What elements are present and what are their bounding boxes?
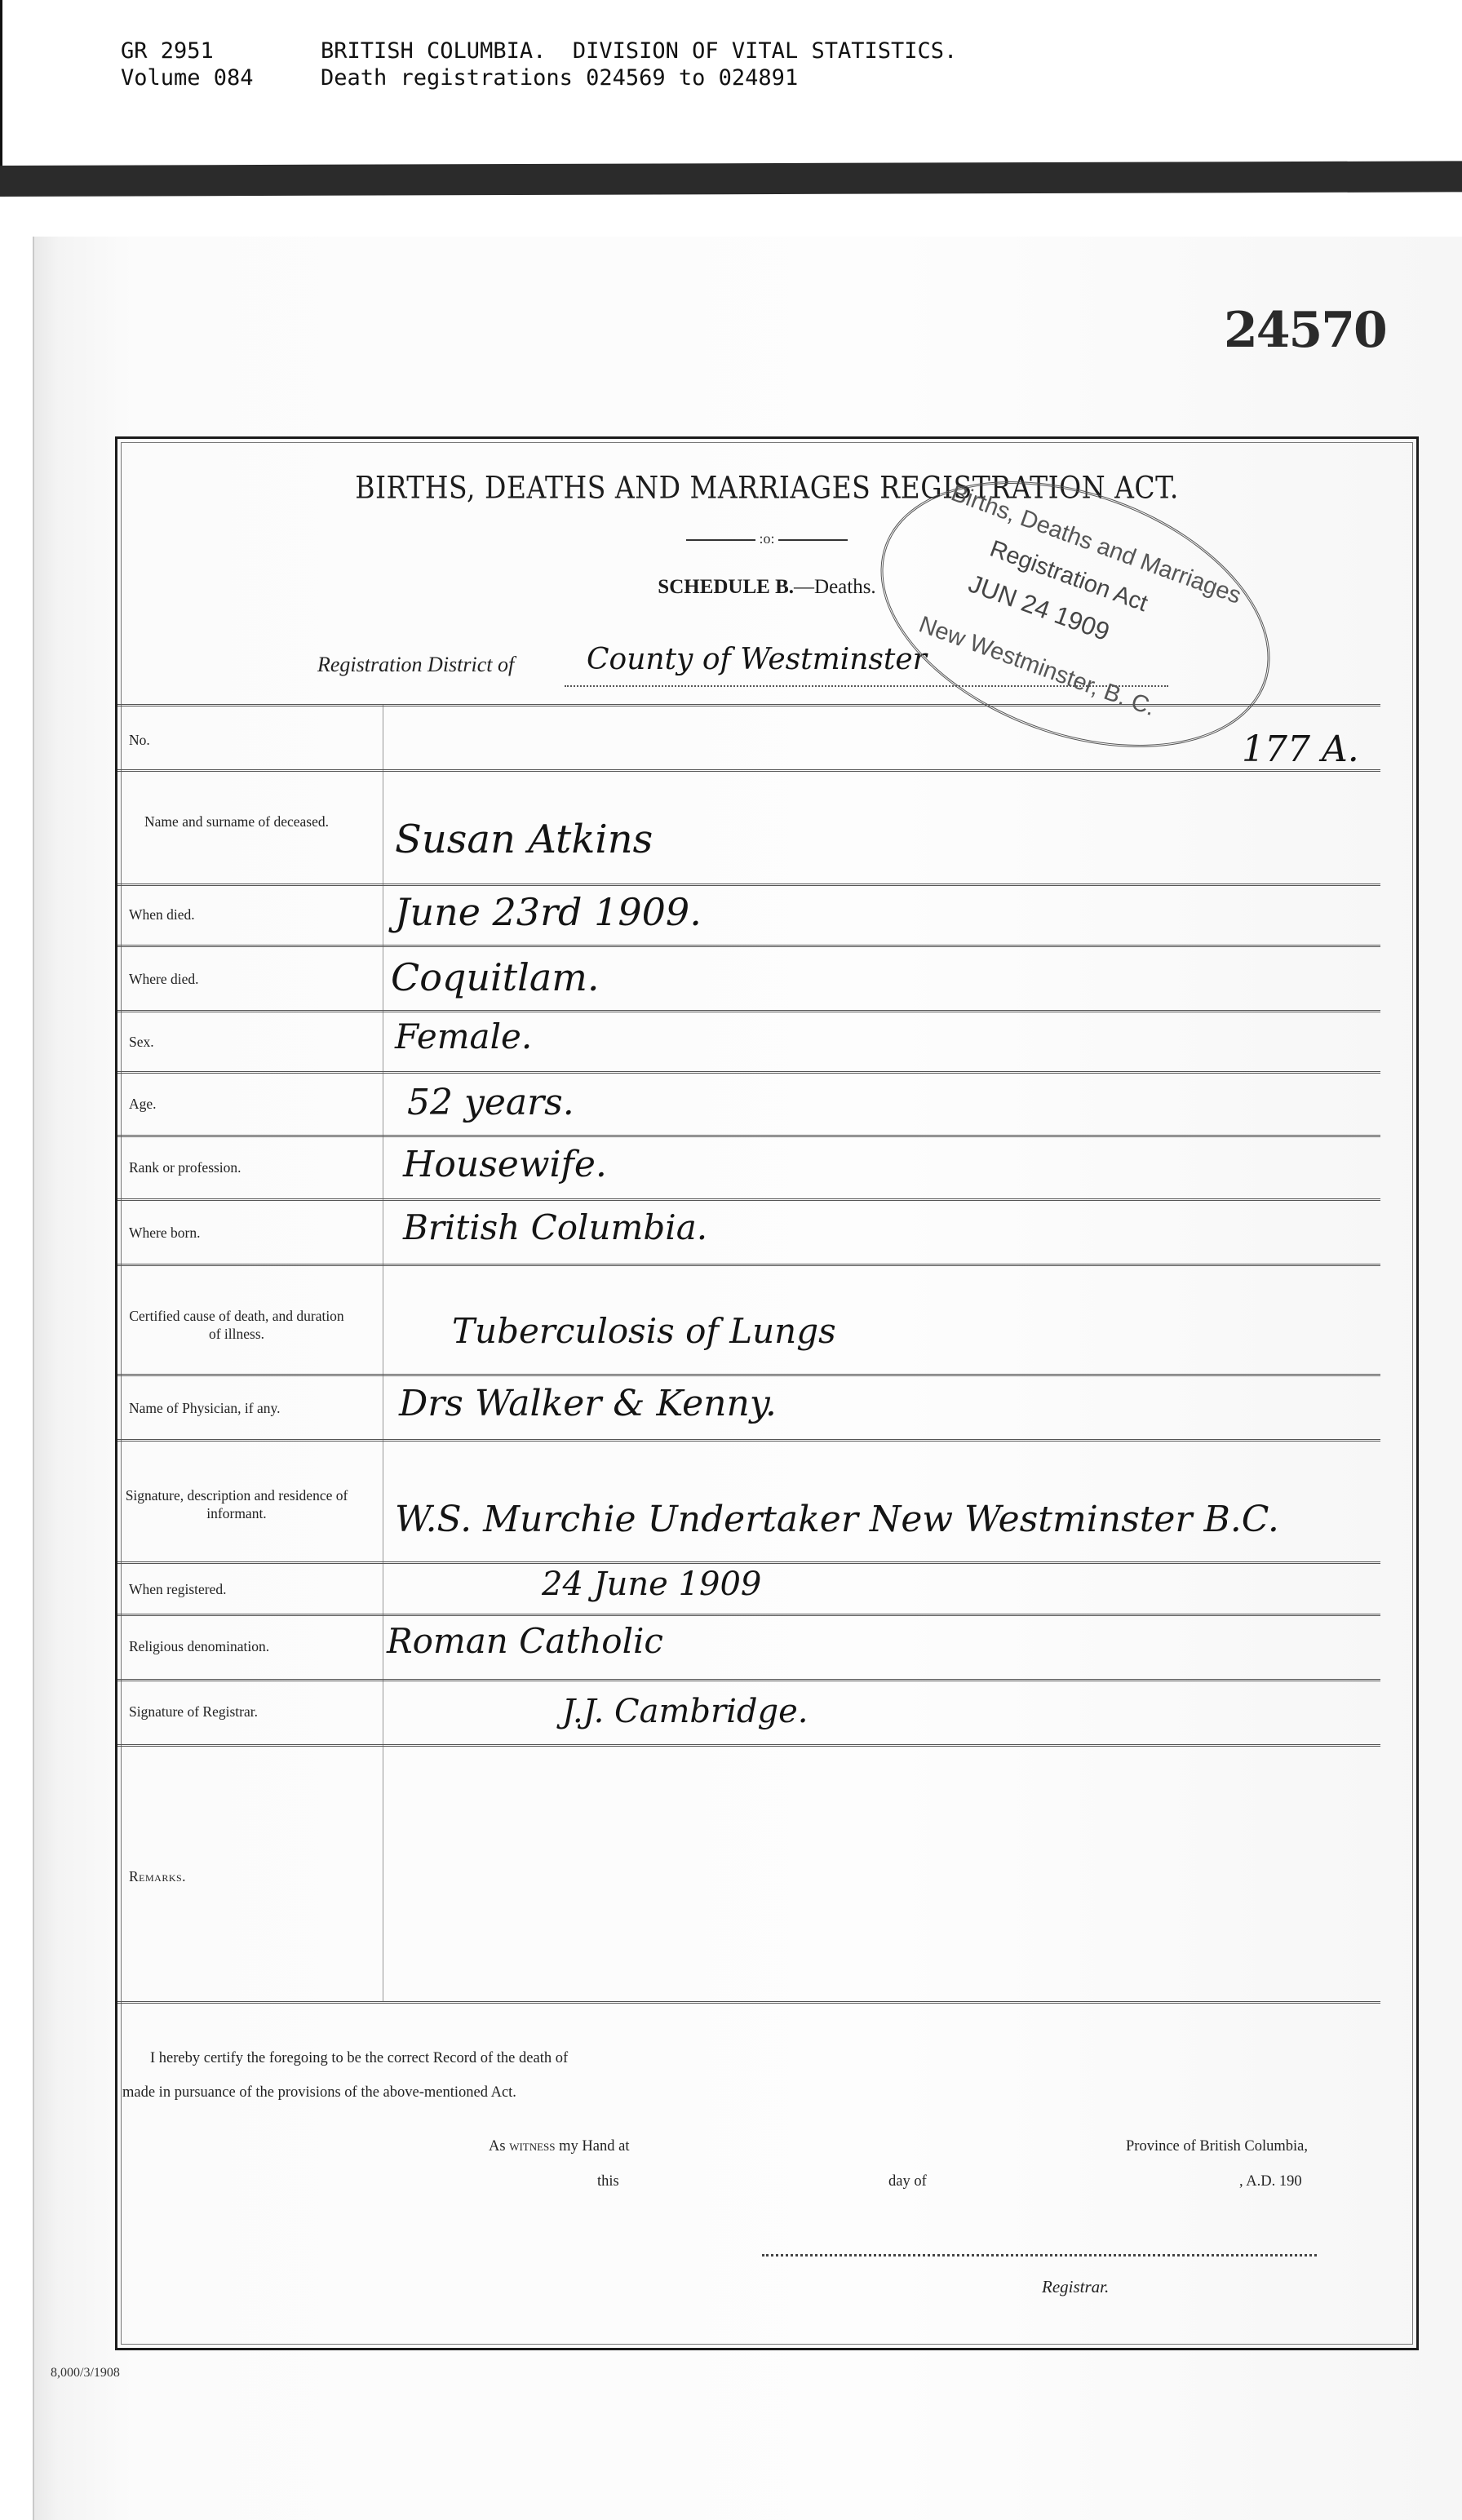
value-when-died: June 23rd 1909.: [395, 890, 702, 934]
archive-header: GR 2951 BRITISH COLUMBIA. DIVISION OF VI…: [0, 0, 1462, 167]
value-when-registered: 24 June 1909: [542, 1566, 761, 1603]
value-where-born: British Columbia.: [403, 1207, 707, 1247]
label-physician: Name of Physician, if any.: [129, 1399, 281, 1417]
scan-border-bar: [0, 161, 1462, 197]
divider-rule-right: [778, 539, 848, 541]
act-title: BIRTHS, DEATHS AND MARRIAGES REGISTRATIO…: [117, 470, 1416, 506]
schedule-label: SCHEDULE B.: [658, 576, 794, 598]
volume-number: Volume 084: [121, 65, 254, 91]
value-age: 52 years.: [407, 1082, 574, 1123]
table-bottom-rule: [117, 2001, 1380, 2004]
row-age: Age. 52 years.: [117, 1071, 1380, 1137]
schedule-suffix: —Deaths.: [794, 576, 876, 598]
row-informant: Signature, description and residence of …: [117, 1439, 1380, 1564]
value-cause-of-death: Tuberculosis of Lungs: [452, 1311, 836, 1351]
registrar-caption: Registrar.: [1042, 2277, 1109, 2297]
row-cause-of-death: Certified cause of death, and duration o…: [117, 1264, 1380, 1376]
row-registrar-signature: Signature of Registrar. J.J. Cambridge.: [117, 1679, 1380, 1747]
label-remarks: Remarks.: [129, 1867, 186, 1885]
row-where-born: Where born. British Columbia.: [117, 1198, 1380, 1266]
certification-line-1: I hereby certify the foregoing to be the…: [150, 2050, 568, 2067]
province-text: Province of British Columbia,: [1126, 2138, 1308, 2155]
certification-line-2: made in pursuance of the provisions of t…: [122, 2084, 516, 2101]
value-physician: Drs Walker & Kenny.: [399, 1383, 777, 1424]
label-cause-of-death: Certified cause of death, and duration o…: [122, 1307, 351, 1343]
label-where-born: Where born.: [129, 1224, 200, 1242]
value-sex: Female.: [395, 1016, 532, 1056]
row-profession: Rank or profession. Housewife.: [117, 1135, 1380, 1201]
witness-line: As witness my Hand at: [489, 2138, 629, 2155]
value-informant: W.S. Murchie Undertaker New Westminster …: [395, 1499, 1279, 1540]
ad-text: , A.D. 190: [1239, 2173, 1302, 2190]
registrar-signature-line: [762, 2254, 1317, 2256]
label-religion: Religious denomination.: [129, 1637, 269, 1655]
row-remarks: Remarks.: [117, 1744, 1380, 2004]
day-of-text: day of: [888, 2173, 927, 2190]
value-name: Susan Atkins: [395, 817, 653, 862]
witness-suffix: my Hand at: [559, 2138, 629, 2155]
label-when-registered: When registered.: [129, 1580, 227, 1598]
label-sex: Sex.: [129, 1033, 154, 1051]
row-when-registered: When registered. 24 June 1909: [117, 1561, 1380, 1616]
ornament-divider: :o:: [117, 530, 1416, 547]
divider-rule-left: [686, 539, 755, 541]
value-religion: Roman Catholic: [387, 1621, 663, 1661]
label-when-died: When died.: [129, 906, 195, 923]
label-informant: Signature, description and residence of …: [122, 1486, 351, 1522]
label-profession: Rank or profession.: [129, 1158, 241, 1176]
this-text: this: [597, 2173, 619, 2190]
witness-word: witness: [509, 2138, 555, 2155]
divider-mark: :o:: [759, 530, 774, 547]
value-where-died: Coquitlam.: [391, 955, 600, 999]
registration-number: 24570: [1224, 302, 1386, 359]
agency-title: BRITISH COLUMBIA. DIVISION OF VITAL STAT…: [321, 38, 957, 64]
form-print-code: 8,000/3/1908: [51, 2366, 120, 2380]
label-registrar-signature: Signature of Registrar.: [129, 1703, 258, 1721]
witness-prefix: As: [489, 2138, 506, 2155]
value-registrar-signature: J.J. Cambridge.: [562, 1693, 809, 1730]
row-physician: Name of Physician, if any. Drs Walker & …: [117, 1374, 1380, 1442]
label-age: Age.: [129, 1095, 157, 1113]
row-where-died: Where died. Coquitlam.: [117, 945, 1380, 1012]
row-religion: Religious denomination. Roman Catholic: [117, 1614, 1380, 1681]
row-when-died: When died. June 23rd 1909.: [117, 884, 1380, 947]
label-name: Name and surname of deceased.: [122, 813, 351, 830]
district-value: County of Westminster: [587, 643, 927, 676]
label-where-died: Where died.: [129, 970, 199, 988]
label-no: No.: [129, 731, 150, 749]
series-number: GR 2951: [121, 38, 214, 64]
district-label: Registration District of: [317, 653, 514, 677]
registration-range: Death registrations 024569 to 024891: [321, 65, 798, 91]
row-sex: Sex. Female.: [117, 1010, 1380, 1074]
value-profession: Housewife.: [403, 1144, 607, 1185]
row-name: Name and surname of deceased. Susan Atki…: [117, 769, 1380, 886]
